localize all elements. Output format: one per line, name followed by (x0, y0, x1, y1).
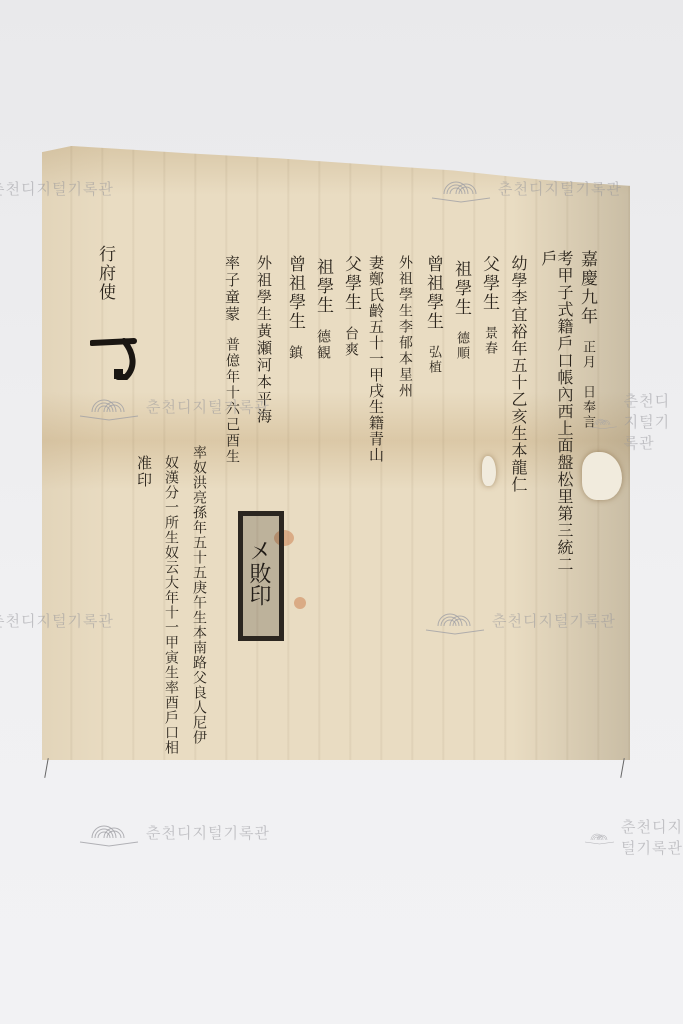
signature-mark-icon (90, 335, 140, 385)
wife-great-grandfather-column: 曾祖學生鎮 (286, 255, 303, 361)
watermark: 춘천디지털기록관 (430, 172, 622, 204)
mounting-pin (44, 758, 48, 778)
official-seal: 㐅敗印 (238, 511, 284, 641)
mounting-pin (620, 758, 624, 778)
watermark: 춘천디지털기록관 (584, 816, 683, 858)
official-title: 行府使 (96, 245, 113, 302)
servant-1-column: 率奴洪亮孫年五十五庚午生本南路父良人尼伊 (192, 445, 206, 745)
archive-logo-icon (584, 821, 615, 853)
watermark: 춘천디지털기록관 (78, 390, 270, 422)
wife-grandfather-column: 祖學生德観 (314, 258, 331, 361)
header-column: 考甲子式籍戶口帳內西上面盤松里第三統二戶 (540, 250, 572, 580)
paper-tear (482, 456, 496, 486)
head-of-household-column: 幼學李宜裕年五十乙亥生本龍仁 (510, 255, 526, 493)
wife-father-column: 父學生台爽 (342, 255, 359, 358)
archive-logo-icon (78, 816, 140, 848)
father-column: 父學生景春 (480, 255, 497, 356)
archive-logo-icon (78, 390, 140, 422)
son-column: 率子童蒙普億年十六己酉生 (224, 255, 239, 465)
archive-logo-icon (430, 172, 492, 204)
watermark: 춘천디지털기록관 (0, 178, 114, 199)
watermark: 춘천디지털기록관 (78, 816, 270, 848)
great-grandfather-column: 曾祖學生弘植 (424, 255, 441, 375)
archive-logo-icon (424, 604, 486, 636)
maternal-grandfather-column: 外祖學生李郁本星州 (398, 255, 412, 399)
wife-column: 妻鄭氏齡五十一甲戌生籍青山 (368, 255, 383, 463)
watermark: 춘천디지털기록관 (588, 390, 683, 453)
seal-stain (294, 597, 306, 609)
grandfather-column: 祖學生德順 (452, 260, 469, 361)
archive-logo-icon (588, 406, 618, 438)
paper-tear (582, 452, 622, 500)
servant-2-column: 奴漢分一所生奴云大年十一甲寅生率酉戶口相 (164, 455, 178, 755)
watermark: 춘천디지털기록관 (424, 604, 616, 636)
watermark: 춘천디지털기록관 (0, 610, 114, 631)
approval-signature: 准印 (136, 455, 151, 489)
